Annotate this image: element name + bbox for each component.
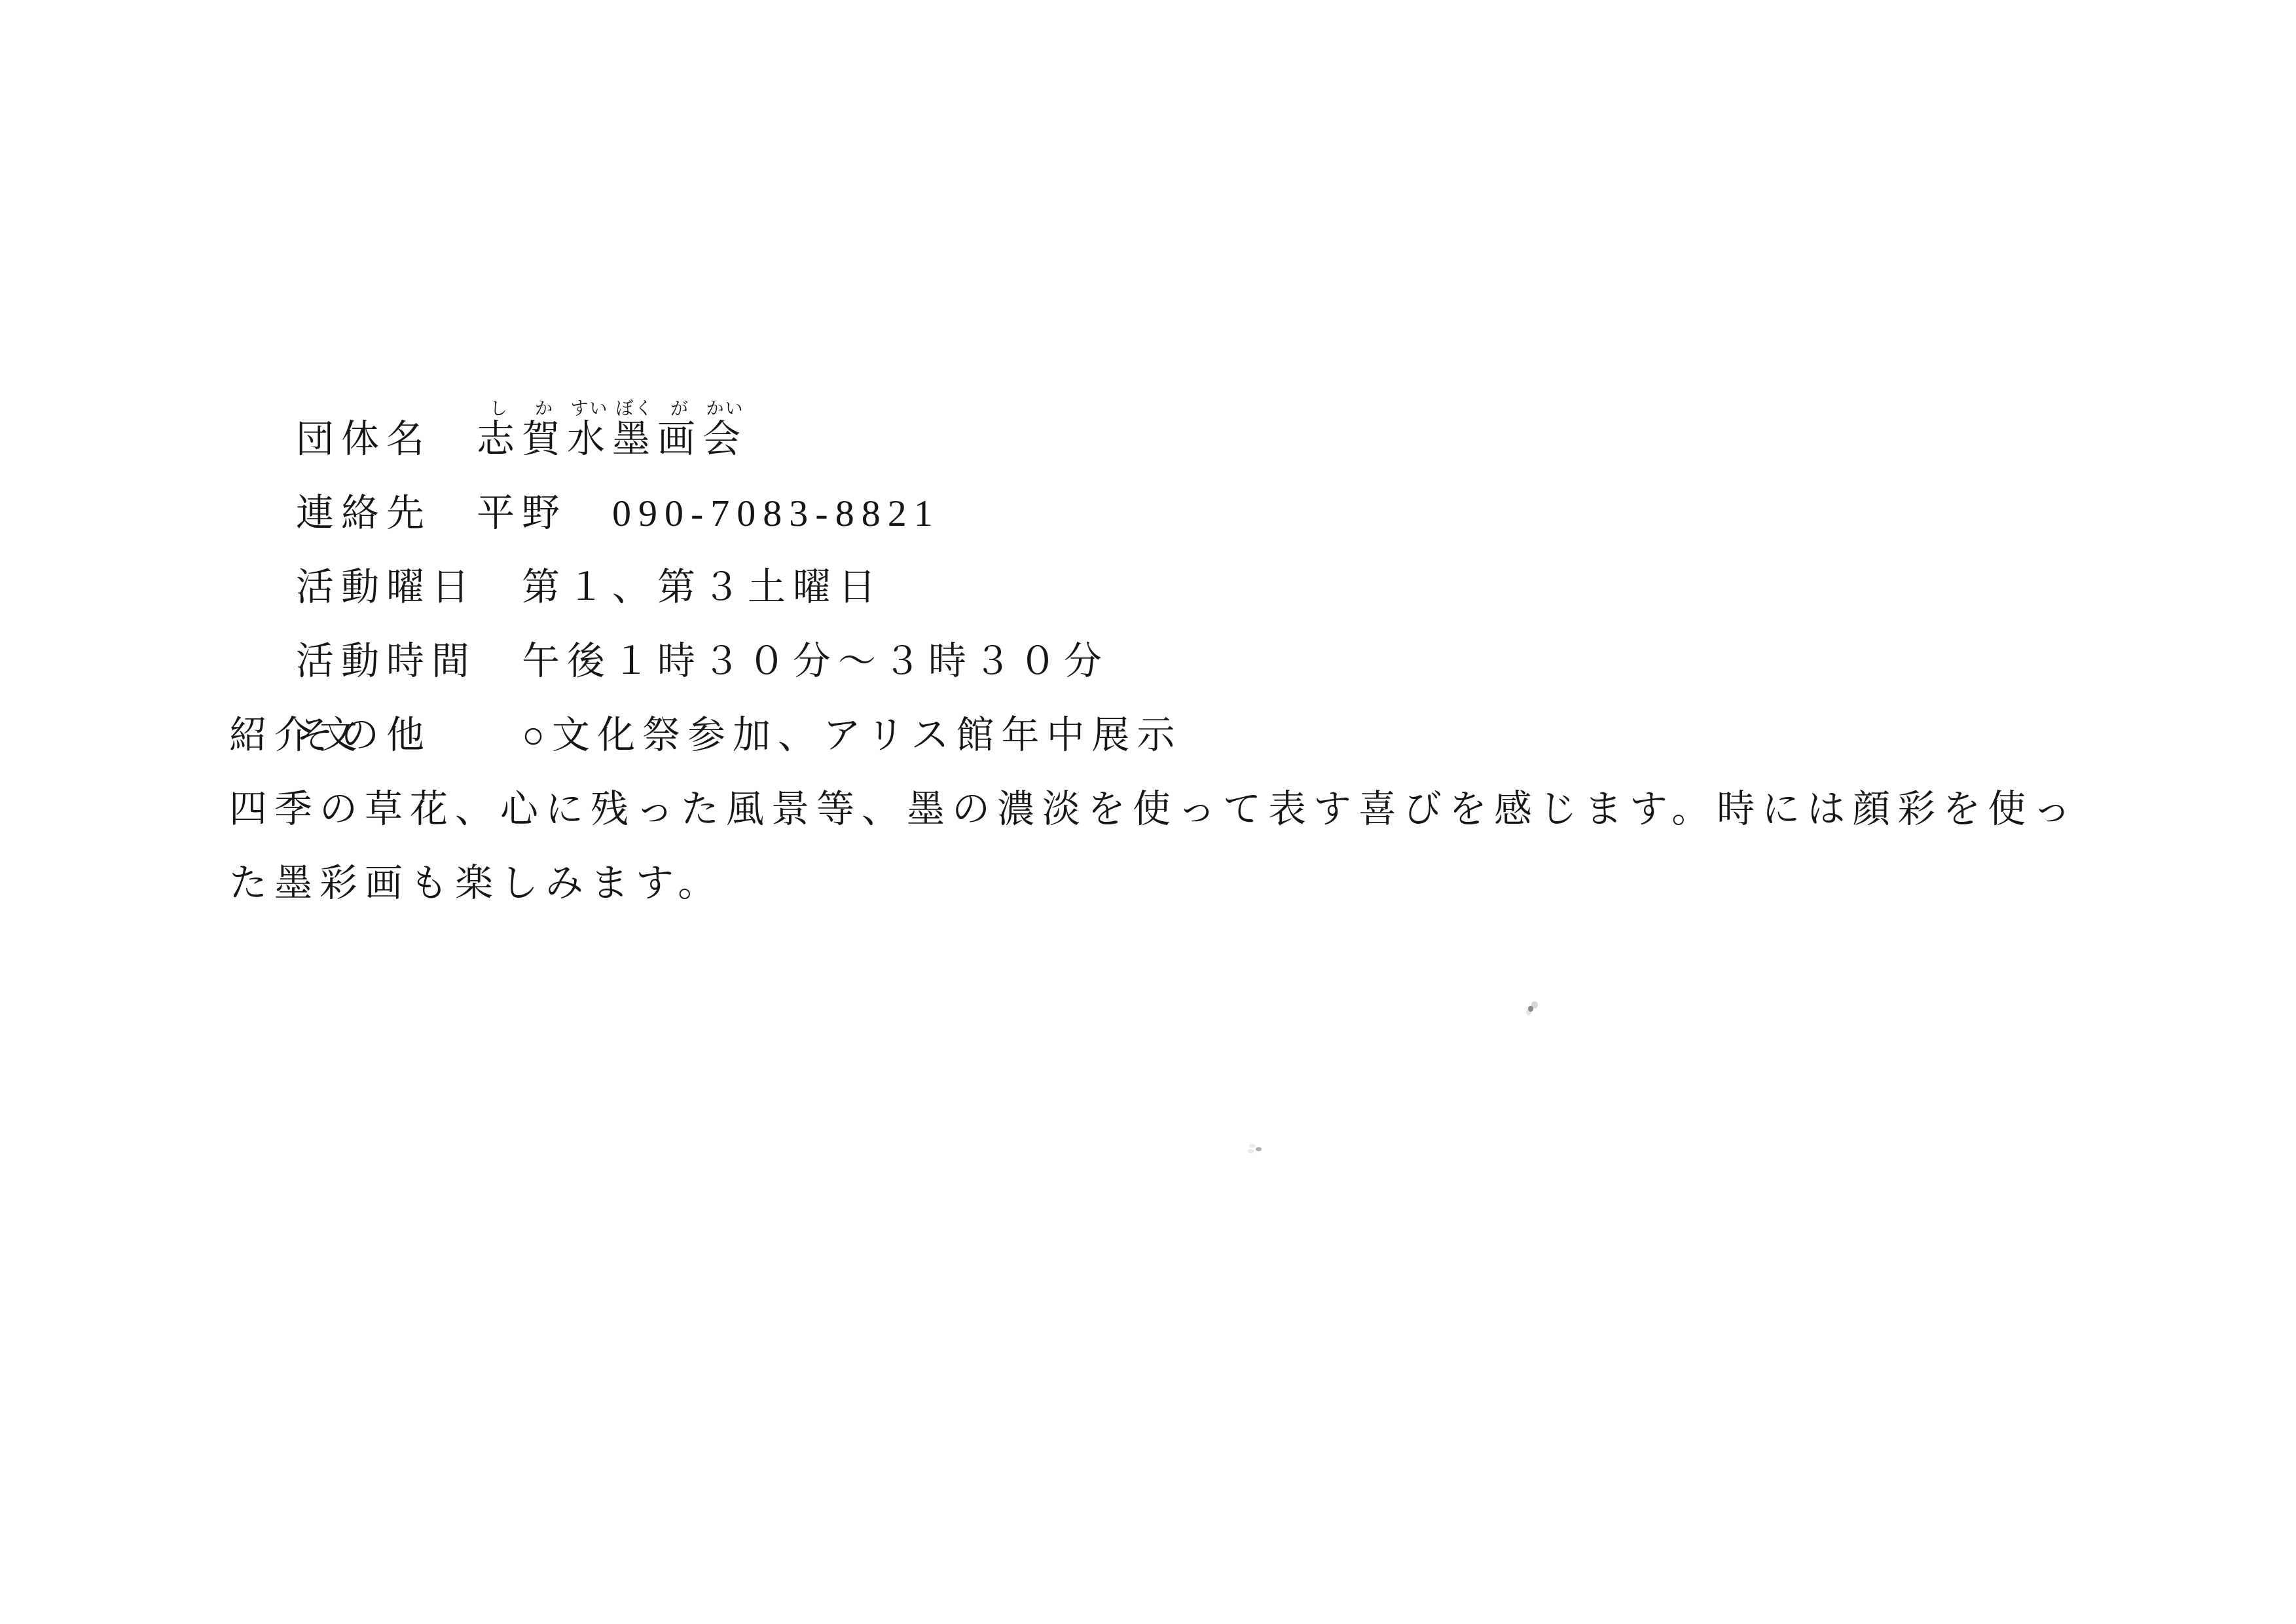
document-page: 団体名 し志か賀すい水ぼく墨が画かい会 連絡先 平野 090-7083-8821… (229, 328, 2115, 920)
contact-value: 平野 090-7083-8821 (477, 492, 940, 534)
group-name-label: 団体名 (296, 418, 431, 460)
activity-days-value: 第１、第３土曜日 (522, 566, 883, 608)
contact-label: 連絡先 (296, 492, 431, 534)
scan-artifact-speck (1256, 1147, 1262, 1151)
activity-hours-label: 活動時間 (296, 640, 477, 682)
group-name-value-with-furigana: し志か賀すい水ぼく墨が画かい会 (477, 418, 748, 460)
label-value-gap (431, 418, 477, 460)
activity-days-label: 活動曜日 (296, 566, 477, 608)
activity-hours-value: 午後１時３０分～３時３０分 (522, 640, 1109, 682)
label-value-gap (477, 566, 522, 608)
other-value: ○文化祭参加、アリス館年中展示 (522, 714, 1182, 756)
scan-artifact-speck (1528, 1006, 1533, 1012)
label-value-gap (431, 492, 477, 534)
field-row-group-name: 団体名 し志か賀すい水ぼく墨が画かい会 (229, 328, 2115, 402)
label-value-gap (431, 714, 522, 756)
label-value-gap (477, 640, 522, 682)
intro-body: 四季の草花、心に残った風景等、墨の濃淡を使って表す喜びを感じます。時には顔彩を使… (229, 772, 2105, 920)
